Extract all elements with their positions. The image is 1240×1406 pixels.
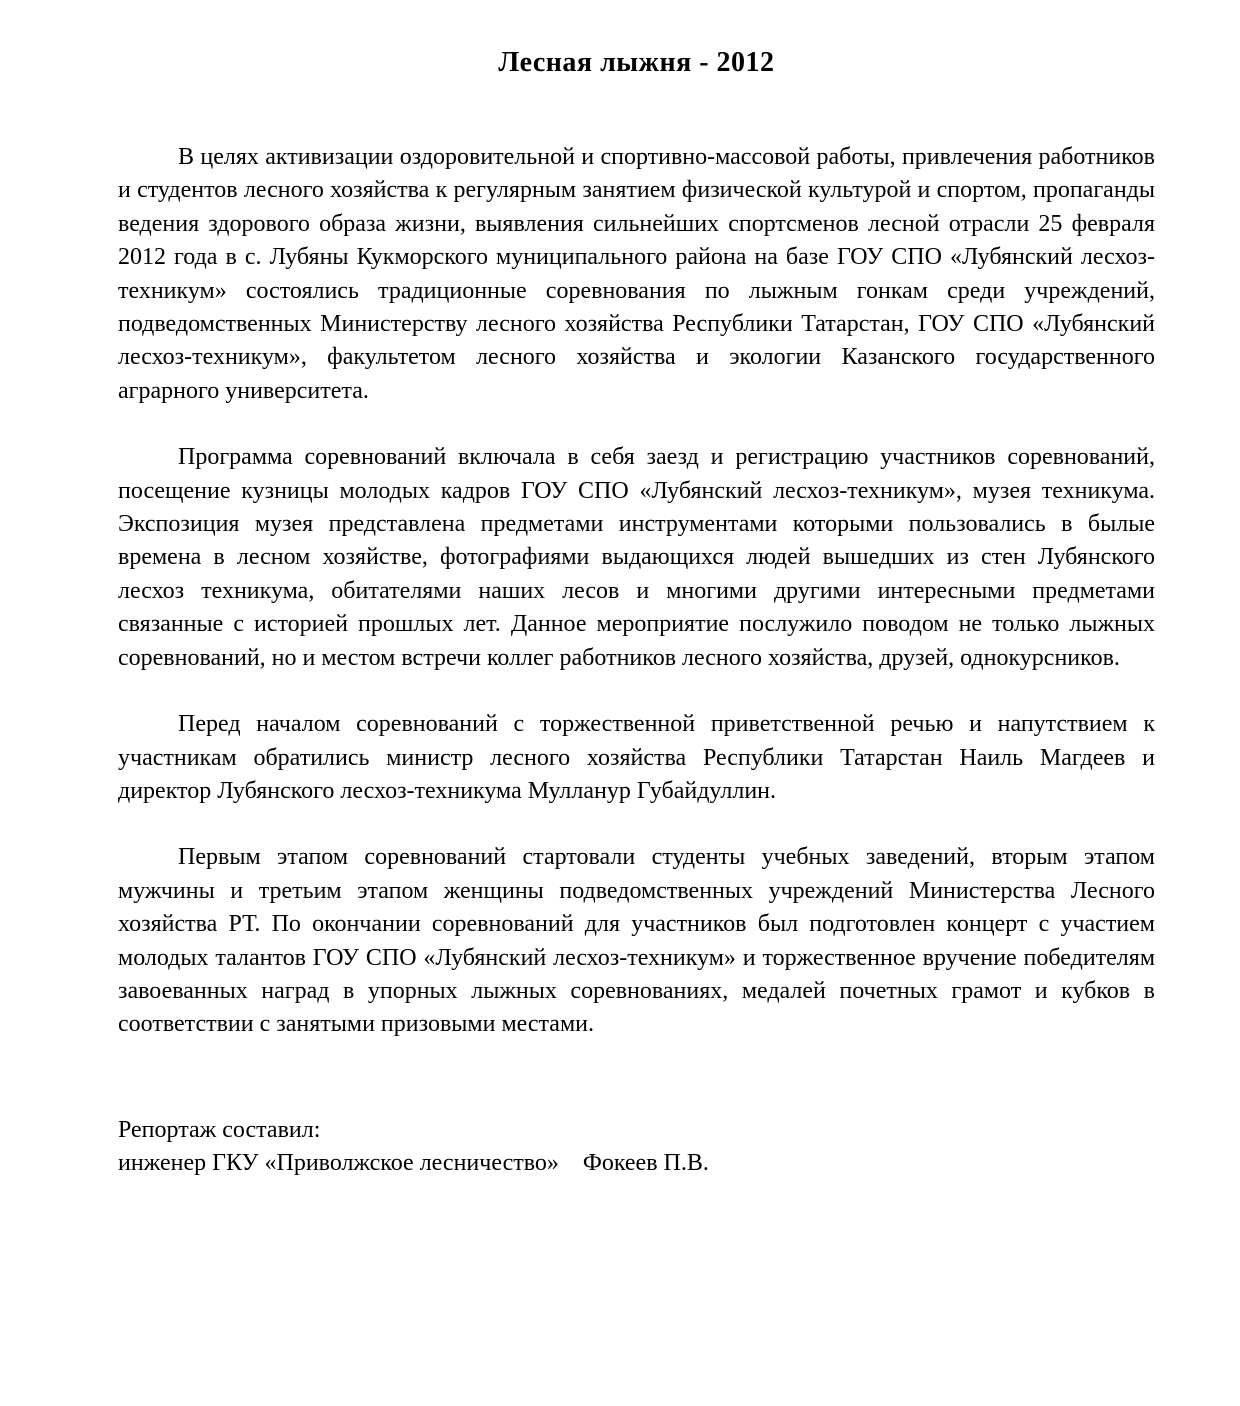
paragraph-speeches: Перед началом соревнований с торжественн… — [118, 708, 1155, 808]
document-page: Лесная лыжня - 2012 В целях активизации … — [0, 0, 1240, 1406]
report-author-name: инженер ГКУ «Приволжское лесничество» Фо… — [118, 1147, 1155, 1180]
paragraph-program: Программа соревнований включала в себя з… — [118, 441, 1155, 675]
report-signature-block: Репортаж составил: инженер ГКУ «Приволжс… — [118, 1114, 1155, 1181]
document-content: Лесная лыжня - 2012 В целях активизации … — [118, 46, 1155, 1181]
document-title: Лесная лыжня - 2012 — [118, 46, 1155, 79]
paragraph-stages: Первым этапом соревнований стартовали ст… — [118, 841, 1155, 1041]
report-author-label: Репортаж составил: — [118, 1114, 1155, 1147]
paragraph-intro: В целях активизации оздоровительной и сп… — [118, 141, 1155, 408]
